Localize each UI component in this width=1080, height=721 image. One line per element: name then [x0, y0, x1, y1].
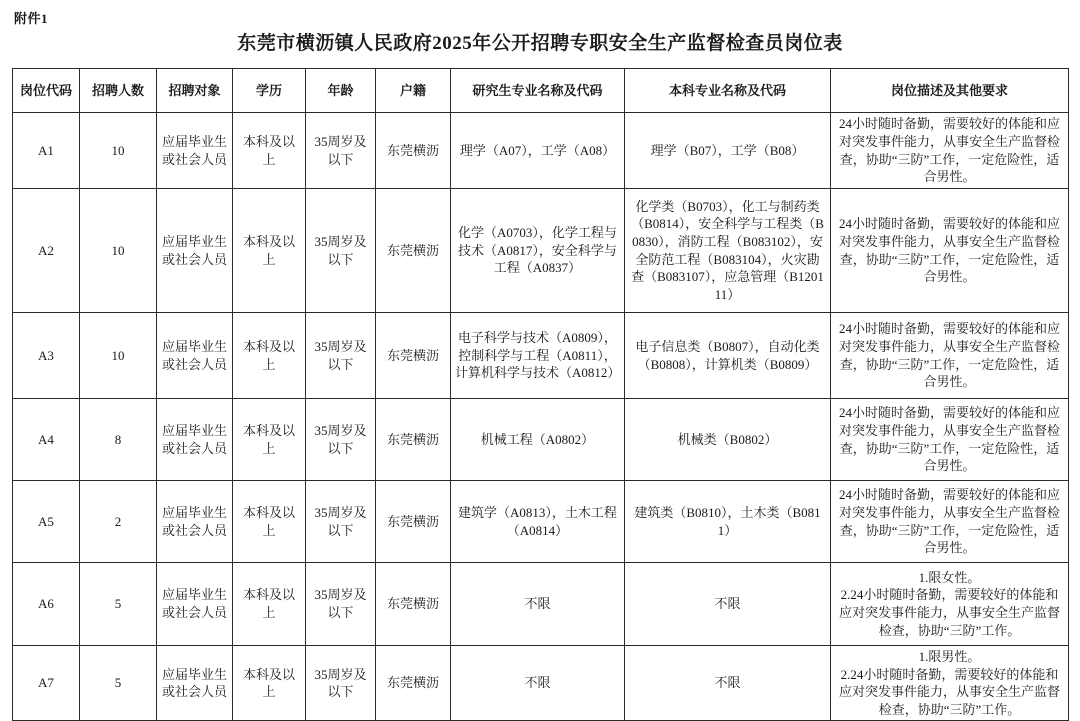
cell-age: 35周岁及以下	[306, 646, 376, 721]
positions-table: 岗位代码 招聘人数 招聘对象 学历 年龄 户籍 研究生专业名称及代码 本科专业名…	[12, 68, 1069, 721]
col-header-position-code: 岗位代码	[13, 69, 80, 113]
table-row: A7 5 应届毕业生或社会人员 本科及以上 35周岁及以下 东莞横沥 不限 不限…	[13, 646, 1069, 721]
cell-education: 本科及以上	[233, 563, 306, 646]
cell-education: 本科及以上	[233, 113, 306, 189]
col-header-age: 年龄	[306, 69, 376, 113]
cell-residence: 东莞横沥	[376, 563, 451, 646]
cell-graduate-major: 电子科学与技术（A0809），控制科学与工程（A0811），计算机科学与技术（A…	[451, 313, 625, 399]
cell-description: 1.限女性。 2.24小时随时备勤，需要较好的体能和应对突发事件能力，从事安全生…	[831, 563, 1069, 646]
cell-recruit-target: 应届毕业生或社会人员	[157, 113, 233, 189]
col-header-graduate-major: 研究生专业名称及代码	[451, 69, 625, 113]
attachment-label: 附件1	[14, 8, 48, 27]
cell-graduate-major: 机械工程（A0802）	[451, 399, 625, 481]
cell-recruit-count: 10	[80, 313, 157, 399]
cell-recruit-target: 应届毕业生或社会人员	[157, 189, 233, 313]
cell-graduate-major: 理学（A07），工学（A08）	[451, 113, 625, 189]
table-row: A5 2 应届毕业生或社会人员 本科及以上 35周岁及以下 东莞横沥 建筑学（A…	[13, 481, 1069, 563]
cell-graduate-major: 化学（A0703），化学工程与技术（A0817），安全科学与工程（A0837）	[451, 189, 625, 313]
cell-recruit-target: 应届毕业生或社会人员	[157, 563, 233, 646]
cell-undergraduate-major: 不限	[625, 646, 831, 721]
cell-recruit-count: 5	[80, 646, 157, 721]
cell-description: 24小时随时备勤，需要较好的体能和应对突发事件能力，从事安全生产监督检查，协助“…	[831, 481, 1069, 563]
cell-undergraduate-major: 化学类（B0703），化工与制药类（B0814），安全科学与工程类（B0830）…	[625, 189, 831, 313]
cell-recruit-count: 5	[80, 563, 157, 646]
cell-description: 24小时随时备勤，需要较好的体能和应对突发事件能力，从事安全生产监督检查，协助“…	[831, 189, 1069, 313]
cell-description: 1.限男性。 2.24小时随时备勤，需要较好的体能和应对突发事件能力，从事安全生…	[831, 646, 1069, 721]
cell-residence: 东莞横沥	[376, 313, 451, 399]
cell-age: 35周岁及以下	[306, 113, 376, 189]
cell-position-code: A4	[13, 399, 80, 481]
cell-residence: 东莞横沥	[376, 189, 451, 313]
cell-position-code: A5	[13, 481, 80, 563]
col-header-residence: 户籍	[376, 69, 451, 113]
cell-undergraduate-major: 不限	[625, 563, 831, 646]
cell-age: 35周岁及以下	[306, 481, 376, 563]
cell-recruit-count: 10	[80, 189, 157, 313]
cell-recruit-count: 8	[80, 399, 157, 481]
cell-age: 35周岁及以下	[306, 189, 376, 313]
cell-age: 35周岁及以下	[306, 313, 376, 399]
cell-education: 本科及以上	[233, 646, 306, 721]
cell-undergraduate-major: 建筑类（B0810），土木类（B0811）	[625, 481, 831, 563]
cell-residence: 东莞横沥	[376, 481, 451, 563]
col-header-recruit-target: 招聘对象	[157, 69, 233, 113]
cell-education: 本科及以上	[233, 481, 306, 563]
cell-recruit-target: 应届毕业生或社会人员	[157, 481, 233, 563]
col-header-recruit-count: 招聘人数	[80, 69, 157, 113]
cell-undergraduate-major: 电子信息类（B0807），自动化类（B0808），计算机类（B0809）	[625, 313, 831, 399]
cell-recruit-target: 应届毕业生或社会人员	[157, 646, 233, 721]
cell-graduate-major: 建筑学（A0813），土木工程（A0814）	[451, 481, 625, 563]
cell-residence: 东莞横沥	[376, 113, 451, 189]
cell-age: 35周岁及以下	[306, 563, 376, 646]
cell-position-code: A2	[13, 189, 80, 313]
table-row: A1 10 应届毕业生或社会人员 本科及以上 35周岁及以下 东莞横沥 理学（A…	[13, 113, 1069, 189]
cell-graduate-major: 不限	[451, 646, 625, 721]
cell-residence: 东莞横沥	[376, 646, 451, 721]
cell-description: 24小时随时备勤，需要较好的体能和应对突发事件能力，从事安全生产监督检查，协助“…	[831, 399, 1069, 481]
cell-recruit-count: 10	[80, 113, 157, 189]
cell-undergraduate-major: 理学（B07），工学（B08）	[625, 113, 831, 189]
table-row: A4 8 应届毕业生或社会人员 本科及以上 35周岁及以下 东莞横沥 机械工程（…	[13, 399, 1069, 481]
table-header-row: 岗位代码 招聘人数 招聘对象 学历 年龄 户籍 研究生专业名称及代码 本科专业名…	[13, 69, 1069, 113]
cell-position-code: A1	[13, 113, 80, 189]
cell-recruit-target: 应届毕业生或社会人员	[157, 313, 233, 399]
table-row: A6 5 应届毕业生或社会人员 本科及以上 35周岁及以下 东莞横沥 不限 不限…	[13, 563, 1069, 646]
col-header-education: 学历	[233, 69, 306, 113]
cell-description: 24小时随时备勤，需要较好的体能和应对突发事件能力，从事安全生产监督检查，协助“…	[831, 313, 1069, 399]
cell-education: 本科及以上	[233, 399, 306, 481]
cell-description: 24小时随时备勤，需要较好的体能和应对突发事件能力，从事安全生产监督检查，协助“…	[831, 113, 1069, 189]
cell-position-code: A3	[13, 313, 80, 399]
cell-recruit-count: 2	[80, 481, 157, 563]
table-row: A2 10 应届毕业生或社会人员 本科及以上 35周岁及以下 东莞横沥 化学（A…	[13, 189, 1069, 313]
page-title: 东莞市横沥镇人民政府2025年公开招聘专职安全生产监督检查员岗位表	[0, 28, 1080, 55]
cell-education: 本科及以上	[233, 313, 306, 399]
cell-age: 35周岁及以下	[306, 399, 376, 481]
cell-graduate-major: 不限	[451, 563, 625, 646]
table-row: A3 10 应届毕业生或社会人员 本科及以上 35周岁及以下 东莞横沥 电子科学…	[13, 313, 1069, 399]
cell-education: 本科及以上	[233, 189, 306, 313]
cell-position-code: A6	[13, 563, 80, 646]
cell-undergraduate-major: 机械类（B0802）	[625, 399, 831, 481]
cell-position-code: A7	[13, 646, 80, 721]
col-header-undergraduate-major: 本科专业名称及代码	[625, 69, 831, 113]
col-header-description: 岗位描述及其他要求	[831, 69, 1069, 113]
cell-recruit-target: 应届毕业生或社会人员	[157, 399, 233, 481]
cell-residence: 东莞横沥	[376, 399, 451, 481]
